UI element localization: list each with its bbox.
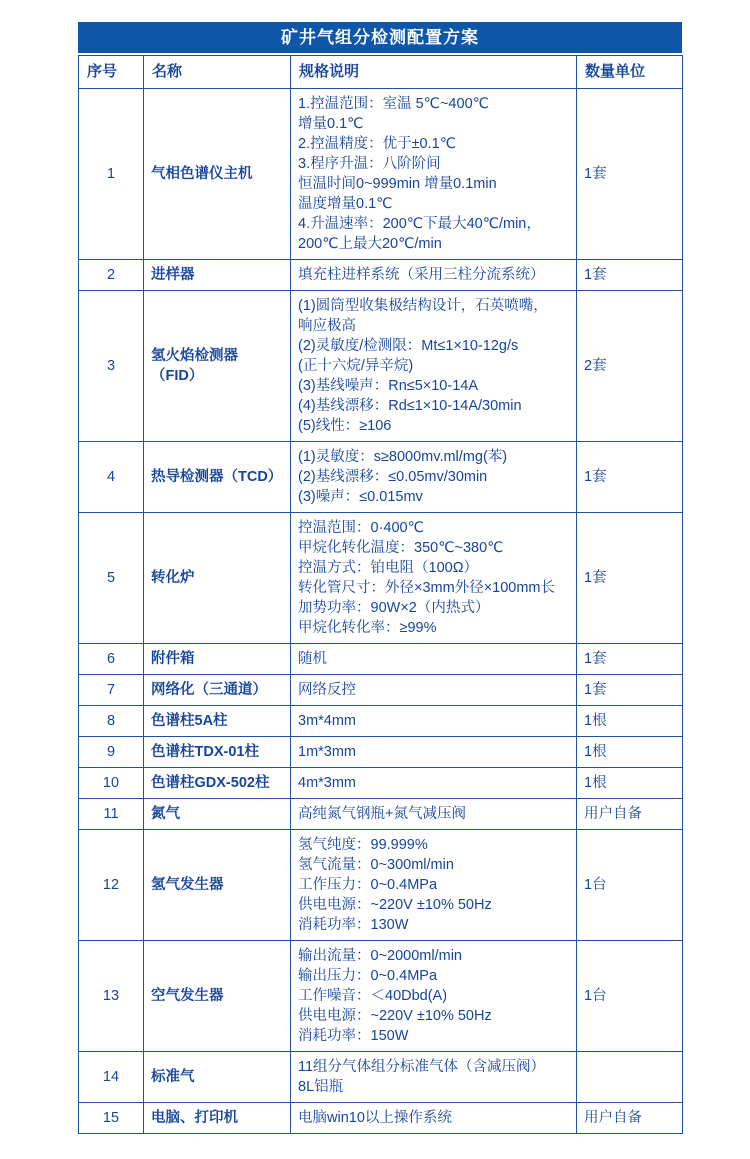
- cell-no: 11: [79, 799, 144, 830]
- cell-qty: 1套: [577, 513, 683, 644]
- cell-no: 7: [79, 675, 144, 706]
- cell-name: 附件箱: [144, 644, 291, 675]
- cell-spec: (1)圆筒型收集极结构设计，石英喷嘴， 响应极高 (2)灵敏度/检测限：Mt≤1…: [291, 291, 577, 442]
- cell-qty: 1套: [577, 675, 683, 706]
- cell-name: 氢气发生器: [144, 830, 291, 941]
- cell-spec: 高纯氮气钢瓶+氮气减压阀: [291, 799, 577, 830]
- cell-name: 转化炉: [144, 513, 291, 644]
- cell-spec: 网络反控: [291, 675, 577, 706]
- cell-qty: 1根: [577, 768, 683, 799]
- cell-qty: 1套: [577, 644, 683, 675]
- cell-qty: 2套: [577, 291, 683, 442]
- spec-sheet-card: 矿井气组分检测配置方案 序号 名称 规格说明 数量单位 1气相色谱仪主机1.控温…: [78, 22, 682, 1134]
- cell-name: 色谱柱GDX-502柱: [144, 768, 291, 799]
- cell-no: 2: [79, 260, 144, 291]
- table-row: 9色谱柱TDX-01柱1m*3mm1根: [79, 737, 683, 768]
- table-row: 8色谱柱5A柱3m*4mm1根: [79, 706, 683, 737]
- cell-qty: 1套: [577, 260, 683, 291]
- table-header: 序号 名称 规格说明 数量单位: [79, 56, 683, 89]
- table-row: 2进样器填充柱进样系统（采用三柱分流系统）1套: [79, 260, 683, 291]
- cell-spec: 氢气纯度：99.999% 氢气流量：0~300ml/min 工作压力：0~0.4…: [291, 830, 577, 941]
- cell-no: 4: [79, 442, 144, 513]
- cell-spec: 1.控温范围：室温 5℃~400℃ 增量0.1℃ 2.控温精度：优于±0.1℃ …: [291, 89, 577, 260]
- cell-qty: 1根: [577, 737, 683, 768]
- table-row: 13空气发生器输出流量：0~2000ml/min 输出压力：0~0.4MPa 工…: [79, 941, 683, 1052]
- header-cell-name: 名称: [144, 56, 291, 89]
- table-body: 1气相色谱仪主机1.控温范围：室温 5℃~400℃ 增量0.1℃ 2.控温精度：…: [79, 89, 683, 1134]
- cell-name: 色谱柱5A柱: [144, 706, 291, 737]
- table-row: 4热导检测器（TCD）(1)灵敏度：s≥8000mv.ml/mg(苯) (2)基…: [79, 442, 683, 513]
- cell-spec: 输出流量：0~2000ml/min 输出压力：0~0.4MPa 工作噪音：＜40…: [291, 941, 577, 1052]
- cell-name: 氢火焰检测器（FID）: [144, 291, 291, 442]
- cell-name: 电脑、打印机: [144, 1103, 291, 1134]
- table-title: 矿井气组分检测配置方案: [78, 22, 682, 53]
- cell-no: 9: [79, 737, 144, 768]
- cell-no: 10: [79, 768, 144, 799]
- cell-name: 色谱柱TDX-01柱: [144, 737, 291, 768]
- cell-qty: 1台: [577, 941, 683, 1052]
- cell-name: 标准气: [144, 1052, 291, 1103]
- cell-no: 15: [79, 1103, 144, 1134]
- cell-name: 氮气: [144, 799, 291, 830]
- cell-name: 网络化（三通道）: [144, 675, 291, 706]
- cell-spec: 3m*4mm: [291, 706, 577, 737]
- spec-table: 序号 名称 规格说明 数量单位 1气相色谱仪主机1.控温范围：室温 5℃~400…: [78, 55, 683, 1134]
- table-row: 1气相色谱仪主机1.控温范围：室温 5℃~400℃ 增量0.1℃ 2.控温精度：…: [79, 89, 683, 260]
- cell-spec: 11组分气体组分标准气体（含减压阀） 8L铝瓶: [291, 1052, 577, 1103]
- table-row: 10色谱柱GDX-502柱4m*3mm1根: [79, 768, 683, 799]
- cell-no: 14: [79, 1052, 144, 1103]
- cell-qty: 1套: [577, 442, 683, 513]
- cell-qty: 1根: [577, 706, 683, 737]
- table-row: 15电脑、打印机电脑win10以上操作系统用户自备: [79, 1103, 683, 1134]
- cell-no: 3: [79, 291, 144, 442]
- cell-qty: 用户自备: [577, 1103, 683, 1134]
- cell-spec: 电脑win10以上操作系统: [291, 1103, 577, 1134]
- cell-spec: 填充柱进样系统（采用三柱分流系统）: [291, 260, 577, 291]
- table-row: 6附件箱随机1套: [79, 644, 683, 675]
- table-row: 5转化炉控温范围：0·400℃ 甲烷化转化温度：350℃~380℃ 控温方式：铂…: [79, 513, 683, 644]
- page: 矿井气组分检测配置方案 序号 名称 规格说明 数量单位 1气相色谱仪主机1.控温…: [0, 0, 750, 1159]
- cell-spec: 1m*3mm: [291, 737, 577, 768]
- table-row: 12氢气发生器氢气纯度：99.999% 氢气流量：0~300ml/min 工作压…: [79, 830, 683, 941]
- cell-qty: 1台: [577, 830, 683, 941]
- cell-no: 1: [79, 89, 144, 260]
- table-row: 11氮气高纯氮气钢瓶+氮气减压阀用户自备: [79, 799, 683, 830]
- header-cell-qty: 数量单位: [577, 56, 683, 89]
- cell-name: 气相色谱仪主机: [144, 89, 291, 260]
- cell-name: 进样器: [144, 260, 291, 291]
- table-row: 7网络化（三通道）网络反控1套: [79, 675, 683, 706]
- cell-qty: [577, 1052, 683, 1103]
- cell-no: 13: [79, 941, 144, 1052]
- header-cell-spec: 规格说明: [291, 56, 577, 89]
- cell-spec: (1)灵敏度：s≥8000mv.ml/mg(苯) (2)基线漂移：≤0.05mv…: [291, 442, 577, 513]
- cell-spec: 4m*3mm: [291, 768, 577, 799]
- cell-qty: 用户自备: [577, 799, 683, 830]
- table-row: 3氢火焰检测器（FID）(1)圆筒型收集极结构设计，石英喷嘴， 响应极高 (2)…: [79, 291, 683, 442]
- cell-no: 6: [79, 644, 144, 675]
- cell-spec: 随机: [291, 644, 577, 675]
- cell-qty: 1套: [577, 89, 683, 260]
- cell-spec: 控温范围：0·400℃ 甲烷化转化温度：350℃~380℃ 控温方式：铂电阻（1…: [291, 513, 577, 644]
- cell-name: 热导检测器（TCD）: [144, 442, 291, 513]
- table-row: 14标准气11组分气体组分标准气体（含减压阀） 8L铝瓶: [79, 1052, 683, 1103]
- cell-name: 空气发生器: [144, 941, 291, 1052]
- header-cell-no: 序号: [79, 56, 144, 89]
- header-row: 序号 名称 规格说明 数量单位: [79, 56, 683, 89]
- cell-no: 12: [79, 830, 144, 941]
- cell-no: 5: [79, 513, 144, 644]
- cell-no: 8: [79, 706, 144, 737]
